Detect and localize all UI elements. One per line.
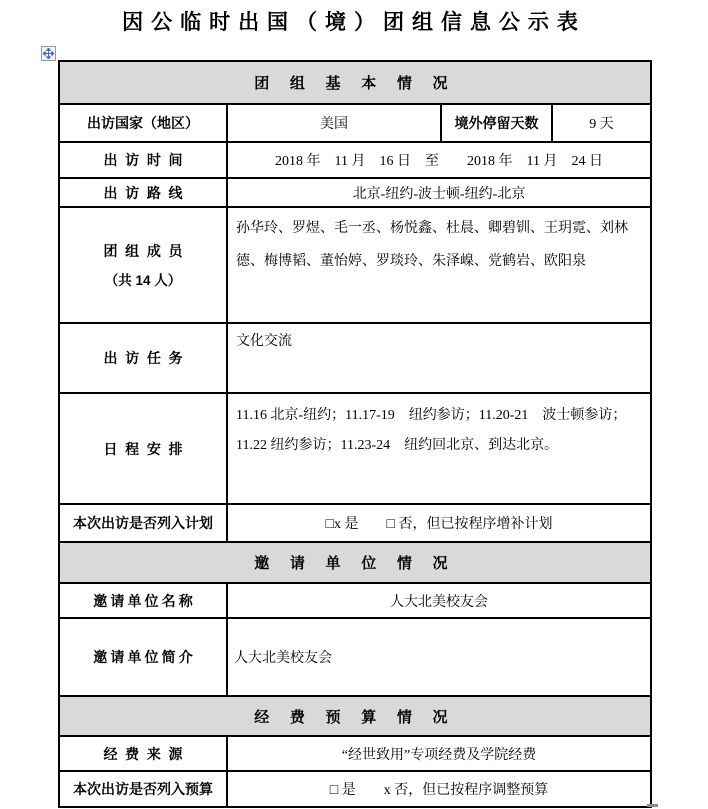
stay-days-label: 境外停留天数 (441, 104, 552, 142)
table-move-handle[interactable] (41, 46, 56, 61)
funding-source-value: “经世致用”专项经费及学院经费 (227, 736, 651, 771)
task-value: 文化交流 (227, 323, 651, 393)
inviter-intro-value: 人大北美校友会 (227, 618, 651, 696)
travel-route-value: 北京-纽约-波士顿-纽约-北京 (227, 178, 651, 207)
table-resize-handle[interactable] (647, 804, 658, 807)
members-value: 孙华玲、罗煜、毛一丞、杨悦鑫、杜晨、卿碧钏、王玥霓、刘林德、梅博韬、董怡婷、罗琰… (227, 207, 651, 323)
members-label-line2: （共 14 人） (66, 269, 220, 289)
members-label: 团组成员 （共 14 人） (59, 207, 227, 323)
in-plan-checkboxes: □x 是 □ 否，但已按程序增补计划 (227, 504, 651, 542)
section-header-group-info: 团 组 基 本 情 况 (59, 61, 651, 104)
country-label: 出访国家（地区） (59, 104, 227, 142)
members-label-line1: 团组成员 (66, 241, 220, 261)
stay-days-value: 9 天 (552, 104, 651, 142)
inviter-intro-label: 邀请单位简介 (59, 618, 227, 696)
section-header-budget: 经 费 预 算 情 况 (59, 696, 651, 736)
move-cross-icon (43, 48, 54, 59)
travel-time-label: 出访时间 (59, 142, 227, 178)
task-label: 出访任务 (59, 323, 227, 393)
funding-source-label: 经费来源 (59, 736, 227, 771)
travel-time-value: 2018 年 11 月 16 日 至 2018 年 11 月 24 日 (227, 142, 651, 178)
country-value: 美国 (227, 104, 441, 142)
inviter-name-value: 人大北美校友会 (227, 583, 651, 618)
section-header-inviter: 邀 请 单 位 情 况 (59, 542, 651, 583)
page-title: 因公临时出国（境）团组信息公示表 (0, 6, 708, 36)
in-budget-checkboxes: □ 是 x 否，但已按程序调整预算 (227, 771, 651, 807)
inviter-name-label: 邀请单位名称 (59, 583, 227, 618)
in-plan-label: 本次出访是否列入计划 (59, 504, 227, 542)
in-budget-label: 本次出访是否列入预算 (59, 771, 227, 807)
schedule-label: 日程安排 (59, 393, 227, 504)
travel-route-label: 出访路线 (59, 178, 227, 207)
travel-group-form-table: 团 组 基 本 情 况 出访国家（地区） 美国 境外停留天数 9 天 出访时间 … (58, 60, 652, 808)
schedule-value: 11.16 北京-纽约；11.17-19 纽约参访；11.20-21 波士顿参访… (227, 393, 651, 504)
